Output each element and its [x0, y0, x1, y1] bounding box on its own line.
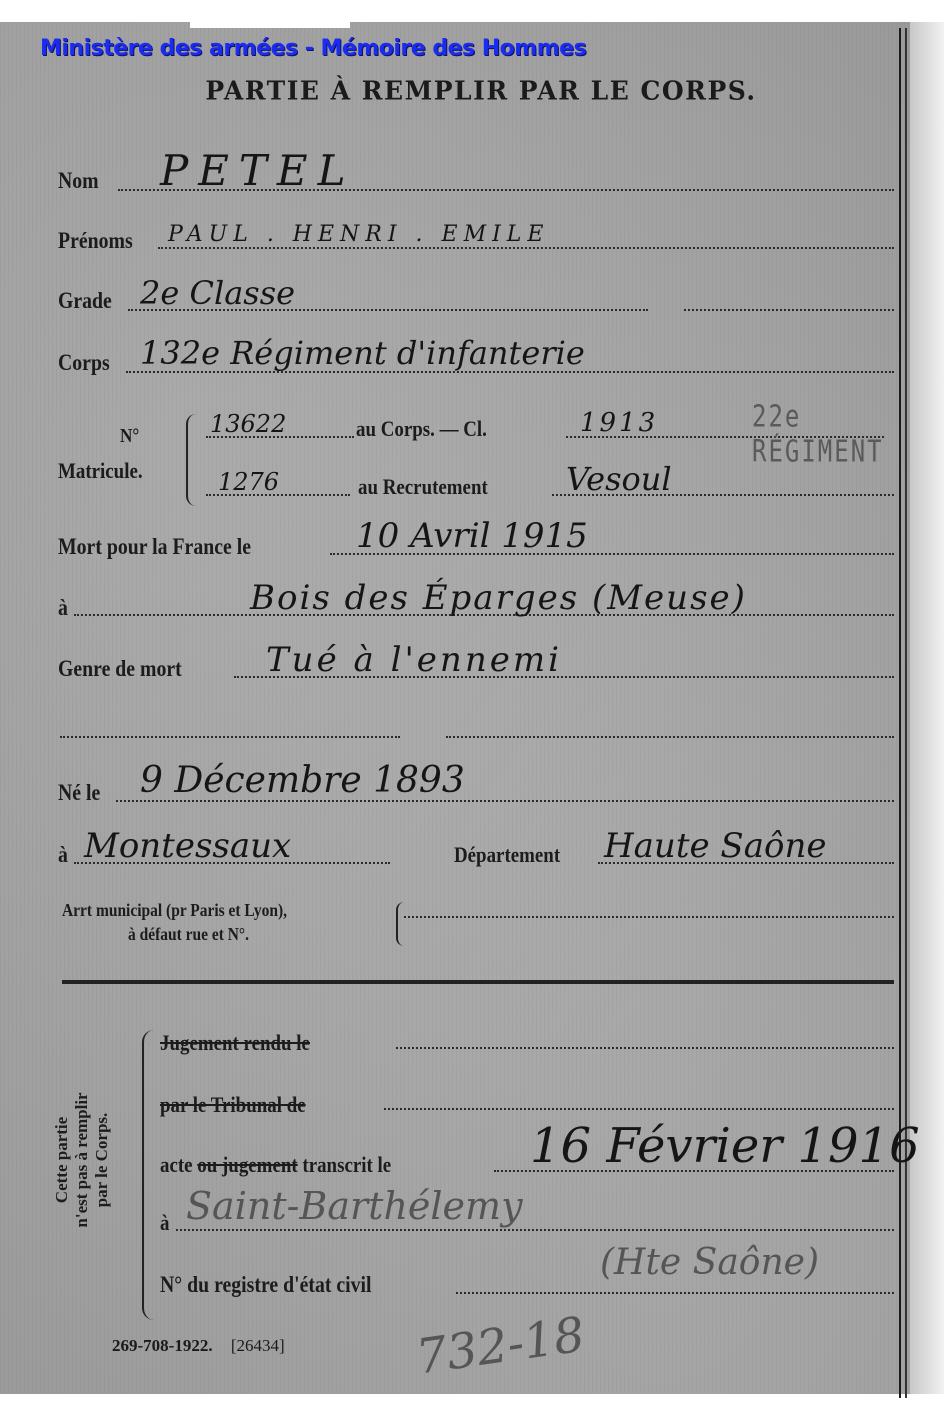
corps-label: Corps: [58, 350, 110, 376]
lieu-naissance-value: Montessaux: [84, 826, 291, 866]
naissance-value: 9 Décembre 1893: [140, 760, 465, 801]
registre-line: [456, 1292, 894, 1294]
arrondissement-line: [404, 916, 894, 918]
side-note-line: par le Corps.: [92, 1030, 112, 1290]
mort-value: 10 Avril 1915: [356, 516, 588, 556]
nom-label: Nom: [58, 168, 99, 194]
frame-border-line: [905, 28, 907, 1398]
frame-border-line: [899, 28, 901, 1398]
prenoms-value: PAUL . HENRI . EMILE: [168, 222, 549, 247]
side-note-line: n'est pas à remplir: [72, 1030, 92, 1290]
grade-label: Grade: [58, 288, 112, 314]
transcription-rest: transcrit le: [302, 1152, 391, 1177]
nom-value: PETEL: [160, 146, 355, 195]
prenoms-label: Prénoms: [58, 228, 133, 254]
classe-value: 1913: [580, 408, 658, 438]
arrondissement-label-2: à défaut rue et N°.: [128, 924, 249, 945]
transcription-label: acte ou jugement transcrit le: [160, 1152, 391, 1178]
tribunal-line: [384, 1108, 894, 1110]
transcription-struck: ou jugement: [197, 1152, 297, 1177]
naissance-label: Né le: [58, 780, 100, 806]
recrutement-value: Vesoul: [566, 460, 672, 498]
recrutement-no-value: 1276: [218, 468, 279, 496]
lieu-transcription-label: à: [160, 1210, 169, 1236]
genre-mort-value: Tué à l'ennemi: [266, 640, 562, 680]
grade-value: 2e Classe: [140, 274, 295, 312]
blank-line-2: [446, 736, 894, 738]
departement-label: Département: [454, 842, 560, 868]
arrondissement-label: Arrt municipal (pr Paris et Lyon),: [62, 900, 287, 921]
matricule-corps-label: au Corps. — Cl.: [356, 416, 487, 442]
print-reference: 269-708-1922. [26434]: [112, 1336, 285, 1356]
transcription-value: 16 Février 1916: [530, 1118, 920, 1174]
departement-value: Haute Saône: [604, 826, 826, 866]
side-note: Cette partie n'est pas à remplir par le …: [52, 1030, 142, 1290]
page-edge-shadow: [910, 22, 944, 1394]
arrondissement-brace: [396, 902, 404, 946]
lieu-transcription-value: Saint-Barthélemy: [186, 1184, 523, 1228]
page-edge-gap: [190, 22, 350, 28]
lieu-mort-value: Bois des Éparges (Meuse): [250, 578, 747, 618]
lieu-mort-label: à: [58, 595, 68, 621]
transcription-acte: acte: [160, 1152, 193, 1177]
lieu-transcription-line: [176, 1229, 894, 1231]
regiment-stamp: 22e RÉGIMENT: [752, 399, 944, 469]
print-ref-number: 269-708-1922.: [112, 1336, 213, 1355]
mort-label: Mort pour la France le: [58, 534, 251, 560]
lieu-naissance-label: à: [58, 842, 68, 868]
section-divider: [62, 980, 894, 984]
print-ref-bracket: [26434]: [231, 1336, 285, 1355]
lower-section-brace: [142, 1030, 154, 1320]
tribunal-label: par le Tribunal de: [160, 1092, 306, 1118]
matricule-corps-value: 13622: [210, 410, 286, 438]
registre-label: N° du registre d'état civil: [160, 1272, 372, 1298]
recrutement-label: au Recrutement: [358, 474, 488, 500]
matricule-label: Matricule.: [58, 458, 143, 484]
prenoms-line: [158, 247, 894, 249]
corps-value: 132e Régiment d'infanterie: [140, 334, 585, 372]
genre-mort-label: Genre de mort: [58, 656, 182, 682]
matricule-brace: [186, 414, 196, 506]
matricule-no-label: N°: [120, 425, 139, 448]
registre-value: (Hte Saône): [600, 1242, 819, 1283]
jugement-label: Jugement rendu le: [160, 1030, 310, 1056]
side-note-line: Cette partie: [52, 1030, 72, 1290]
archive-watermark: Ministère des armées - Mémoire des Homme…: [40, 36, 586, 61]
blank-line: [60, 736, 400, 738]
form-title: PARTIE À REMPLIR PAR LE CORPS.: [0, 75, 944, 105]
jugement-line: [396, 1047, 894, 1049]
grade-line-2: [684, 309, 894, 311]
